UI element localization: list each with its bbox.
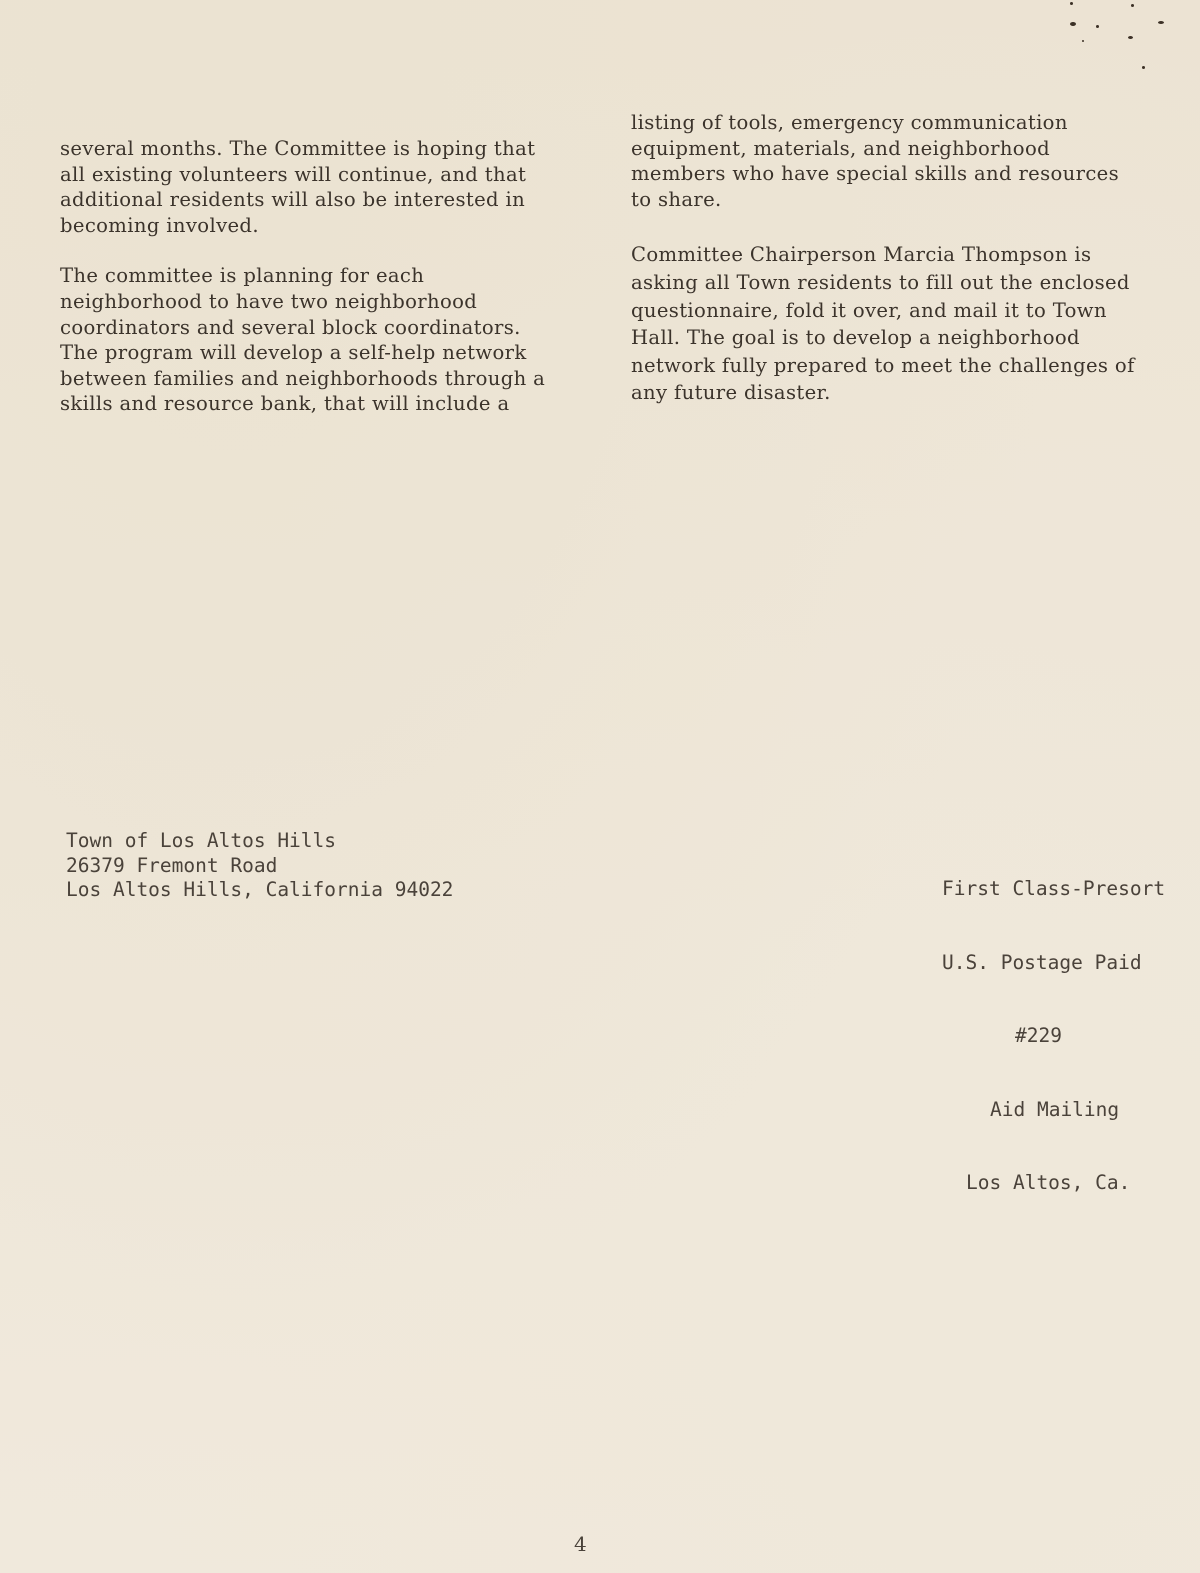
text-line: asking all Town residents to fill out th… [631,269,1135,297]
text-line: members who have special skills and reso… [631,161,1135,187]
speck-mark [1131,4,1134,7]
speck-mark [1158,21,1164,24]
right-column: listing of tools, emergency communicatio… [631,110,1135,407]
text-line: to share. [631,187,1135,213]
postage-line: U.S. Postage Paid [942,951,1165,976]
text-line: network fully prepared to meet the chall… [631,352,1135,380]
return-address-line: 26379 Fremont Road [66,854,277,877]
text-line: Hall. The goal is to develop a neighborh… [631,324,1135,352]
paragraph-committee-planning: The committee is planning for each neigh… [60,263,545,417]
postage-indicia: First Class-Presort U.S. Postage Paid #2… [942,828,1165,1245]
document-page: several months. The Committee is hoping … [0,0,1200,1573]
postage-line: Aid Mailing [942,1098,1165,1123]
text-line: becoming involved. [60,213,545,239]
return-address-line: Town of Los Altos Hills [66,829,336,852]
speck-mark [1070,2,1073,5]
text-line: skills and resource bank, that will incl… [60,391,545,417]
text-line: coordinators and several block coordinat… [60,315,545,341]
speck-mark [1142,66,1145,69]
speck-mark [1082,40,1084,42]
text-line: questionnaire, fold it over, and mail it… [631,297,1135,325]
paragraph-chairperson-request: Committee Chairperson Marcia Thompson is… [631,241,1135,407]
text-line: listing of tools, emergency communicatio… [631,110,1135,136]
page-number: 4 [574,1532,587,1556]
postage-line: Los Altos, Ca. [942,1171,1165,1196]
left-column: several months. The Committee is hoping … [60,136,545,417]
text-line: The committee is planning for each [60,263,545,289]
return-address: Town of Los Altos Hills 26379 Fremont Ro… [66,829,453,903]
paragraph-committee-hoping: several months. The Committee is hoping … [60,136,545,238]
text-line: neighborhood to have two neighborhood [60,289,545,315]
text-line: Committee Chairperson Marcia Thompson is [631,241,1135,269]
text-line: all existing volunteers will continue, a… [60,162,545,188]
text-line: The program will develop a self-help net… [60,340,545,366]
text-line: between families and neighborhoods throu… [60,366,545,392]
return-address-line: Los Altos Hills, California 94022 [66,878,453,901]
speck-mark [1096,25,1099,28]
text-line: additional residents will also be intere… [60,187,545,213]
speck-mark [1128,36,1133,39]
text-line: any future disaster. [631,379,1135,407]
text-line: several months. The Committee is hoping … [60,136,545,162]
speck-mark [1070,22,1076,26]
text-line: equipment, materials, and neighborhood [631,136,1135,162]
postage-line: First Class-Presort [942,877,1165,902]
postage-permit-number: #229 [942,1024,1165,1049]
paragraph-listing-of-tools: listing of tools, emergency communicatio… [631,110,1135,212]
